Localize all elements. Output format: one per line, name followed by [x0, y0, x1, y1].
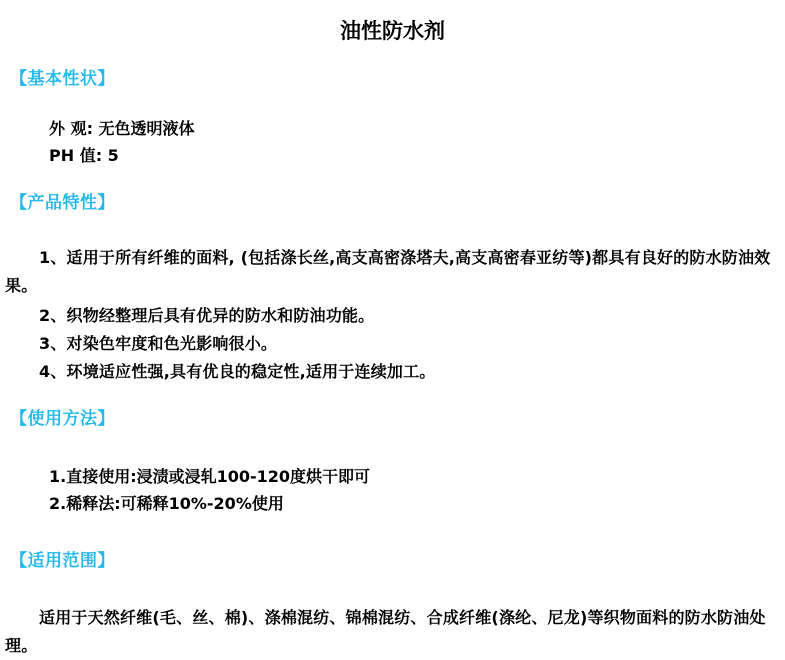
section-heading-basic-properties: 【基本性状】: [10, 68, 115, 90]
feature-item-2: 2、织物经整理后具有优异的防水和防油功能。: [5, 302, 780, 330]
section-heading-usage: 【使用方法】: [10, 408, 115, 430]
feature-item-3: 3、对染色牢度和色光影响很小。: [5, 330, 780, 358]
appearance-line: 外 观: 无色透明液体: [49, 118, 195, 140]
usage-item-1: 1.直接使用:浸渍或浸轧100-120度烘干即可: [49, 466, 370, 488]
scope-paragraph: 适用于天然纤维(毛、丝、棉)、涤棉混纺、锦棉混纺、合成纤维(涤纶、尼龙)等织物面…: [5, 604, 780, 660]
feature-item-4: 4、环境适应性强,具有优良的稳定性,适用于连续加工。: [5, 358, 780, 386]
usage-item-2: 2.稀释法:可稀释10%-20%使用: [49, 493, 284, 515]
feature-item-1: 1、适用于所有纤维的面料, (包括涤长丝,高支高密涤塔夫,高支高密春亚纺等)都具…: [5, 244, 780, 300]
page-title: 油性防水剂: [0, 17, 785, 45]
section-heading-product-features: 【产品特性】: [10, 192, 115, 214]
section-heading-scope: 【适用范围】: [10, 550, 115, 572]
ph-value-line: PH 值: 5: [49, 145, 119, 167]
